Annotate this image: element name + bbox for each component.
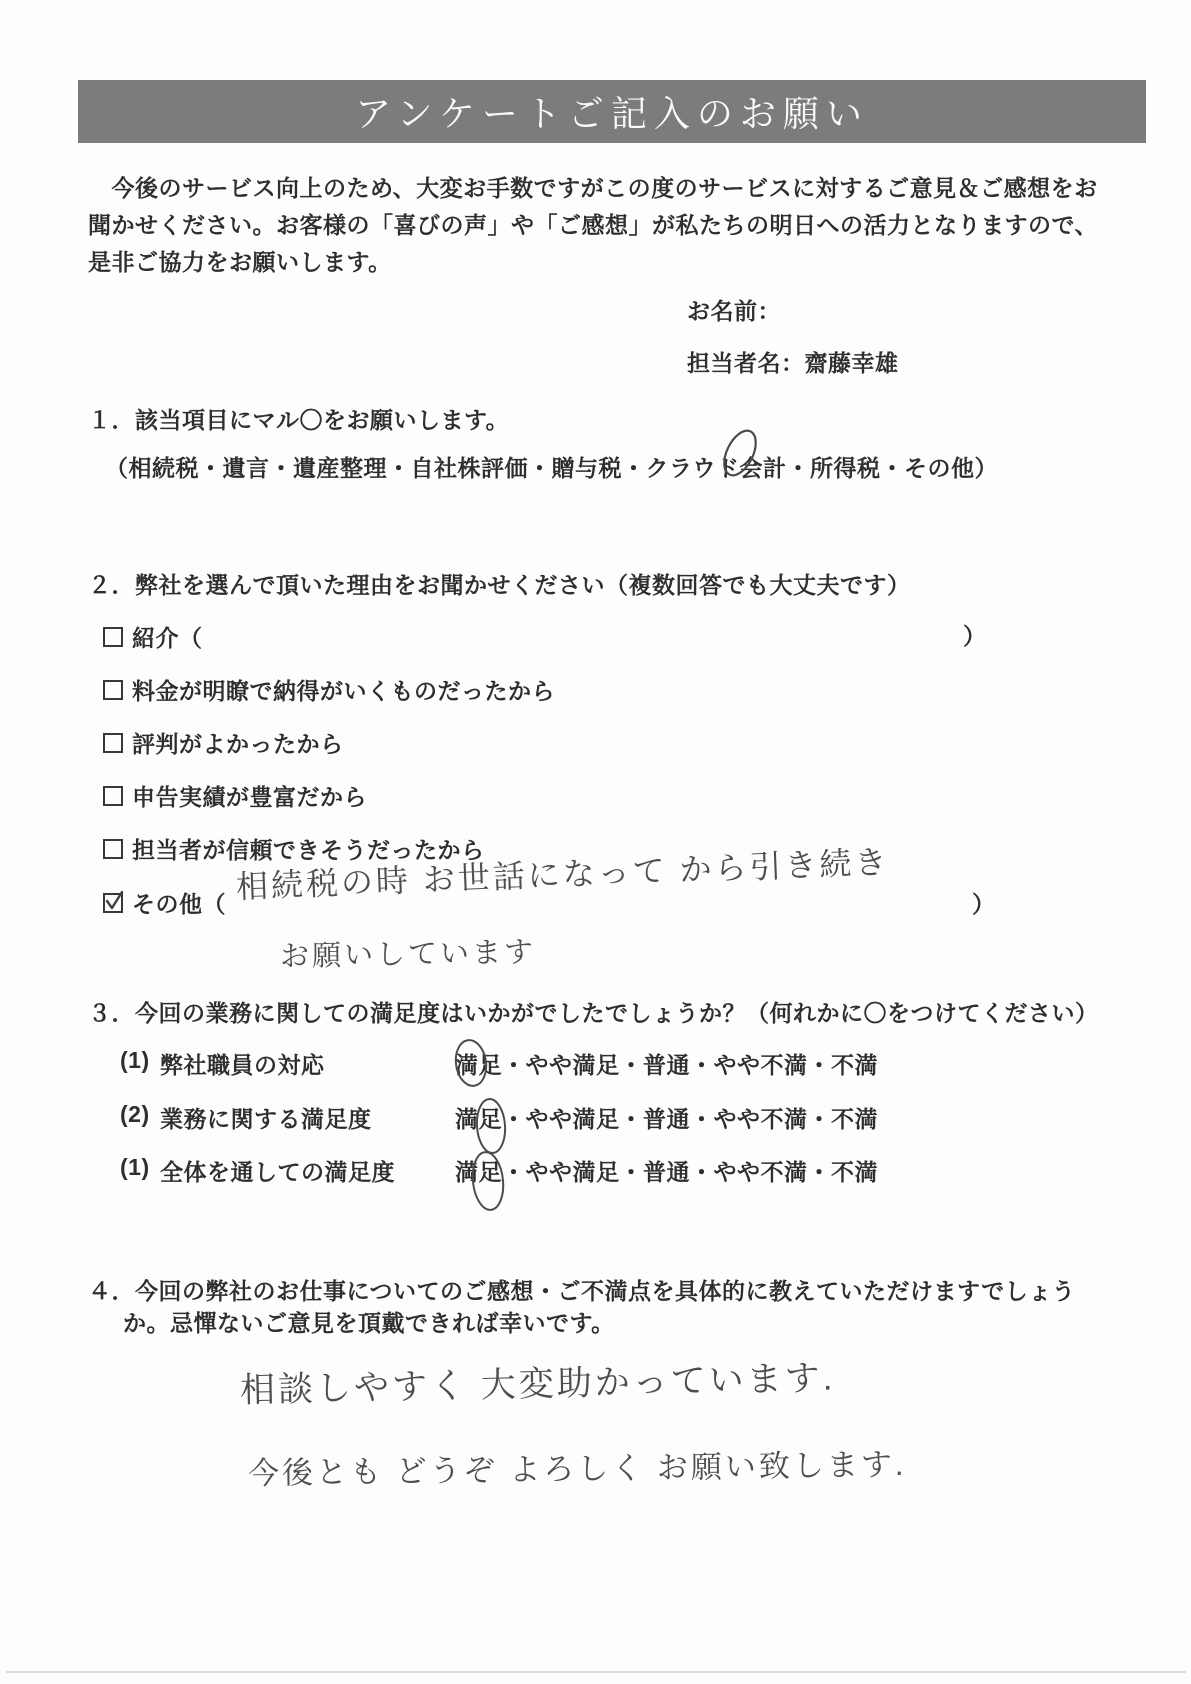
q2-heading: ２．弊社を選んで頂いた理由をお聞かせください（複数回答でも大丈夫です） [88, 567, 911, 600]
title-banner: アンケートご記入のお願い [78, 80, 1146, 143]
selection-circle-icon [448, 1037, 494, 1089]
intro-line-2: 聞かせください。お客様の「喜びの声」や「ご感想」が私たちの明日への活力となります… [88, 207, 1098, 240]
checkbox-unchecked-icon [103, 839, 123, 859]
q4-heading-line2: か。忌憚ないご意見を頂戴できれば幸いです。 [123, 1305, 615, 1338]
intro-line-3: 是非ご協力をお願いします。 [88, 244, 392, 277]
q3-row-label: 全体を通しての満足度 [160, 1154, 395, 1187]
survey-title: アンケートご記入のお願い [355, 86, 869, 137]
checkbox-unchecked-icon [103, 733, 123, 753]
q2-item-referral-close-paren: ） [963, 618, 987, 651]
handwritten-circle-icon [712, 426, 768, 480]
staff-field: 担当者名：齋藤幸雄 [687, 345, 899, 378]
check-mark-icon [100, 888, 126, 914]
checkbox-unchecked-icon [103, 786, 123, 806]
q3-row-options: 満足・やや満足・普通・やや不満・不満 [455, 1047, 878, 1080]
handwritten-text-q4-line1: 相談しやすく 大変助かっています. [239, 1351, 835, 1413]
survey-sheet: アンケートご記入のお願い 今後のサービス向上のため、大変お手数ですがこの度のサー… [0, 0, 1191, 1684]
q2-item-label: 料金が明瞭で納得がいくものだったから [132, 678, 555, 704]
q3-row-number: (1) [120, 1154, 150, 1181]
q3-row-staff-response: (1) 弊社職員の対応 満足・やや満足・普通・やや不満・不満 [0, 1047, 1191, 1077]
q2-item-referral: 紹介（ [103, 620, 203, 653]
q3-row-overall-satisfaction: (1) 全体を通しての満足度 満足・やや満足・普通・やや不満・不満 [0, 1154, 1191, 1184]
intro-line-1: 今後のサービス向上のため、大変お手数ですがこの度のサービスに対するご意見＆ご感想… [88, 170, 1098, 203]
q3-row-label: 業務に関する満足度 [160, 1101, 372, 1134]
q3-row-options: 満足・やや満足・普通・やや不満・不満 [455, 1154, 878, 1187]
checkbox-checked-icon [103, 893, 123, 913]
q3-heading: ３．今回の業務に関しての満足度はいかがでしたでしょうか？（何れかに〇をつけてくだ… [88, 995, 1099, 1028]
q2-item-other: その他（ [103, 886, 226, 919]
q2-item-other-close-paren: ） [972, 886, 996, 919]
checkbox-unchecked-icon [103, 680, 123, 700]
handwritten-text-q2-line2: お願いしています [280, 930, 537, 975]
paren-open: （ [203, 891, 227, 917]
q2-item-label: 申告実績が豊富だから [132, 784, 367, 810]
handwritten-text-q4-line2: 今後とも どうぞ よろしく お願い致します. [248, 1439, 907, 1493]
q3-row-label: 弊社職員の対応 [160, 1047, 325, 1080]
scan-edge-line [6, 1671, 1186, 1673]
q3-row-number: (1) [120, 1047, 150, 1074]
name-field: お名前： [687, 293, 781, 326]
staff-name-value: 齋藤幸雄 [805, 350, 899, 376]
checkbox-unchecked-icon [103, 627, 123, 647]
q3-row-options: 満足・やや満足・普通・やや不満・不満 [455, 1101, 878, 1134]
q2-item-label: 評判がよかったから [132, 731, 344, 757]
q1-options: （相続税・遺言・遺産整理・自社株評価・贈与税・クラウド会計・所得税・その他） [105, 450, 998, 483]
q4-heading-line1: ４．今回の弊社のお仕事についてのご感想・ご不満点を具体的に教えていただけますでし… [88, 1273, 1075, 1306]
name-label: お名前： [687, 298, 781, 324]
staff-label: 担当者名： [687, 350, 805, 376]
q3-row-number: (2) [120, 1101, 150, 1128]
q2-item-label: 紹介 [132, 625, 179, 651]
selection-circle-icon [466, 1148, 510, 1214]
q2-item-label: その他 [132, 891, 203, 917]
q2-item-reputation: 評判がよかったから [103, 726, 344, 759]
paren-open: （ [179, 625, 203, 651]
q1-heading: １．該当項目にマル〇をお願いします。 [88, 402, 509, 435]
q3-row-service-satisfaction: (2) 業務に関する満足度 満足・やや満足・普通・やや不満・不満 [0, 1101, 1191, 1131]
q2-item-track-record: 申告実績が豊富だから [103, 779, 367, 812]
q2-item-fees: 料金が明瞭で納得がいくものだったから [103, 673, 555, 706]
